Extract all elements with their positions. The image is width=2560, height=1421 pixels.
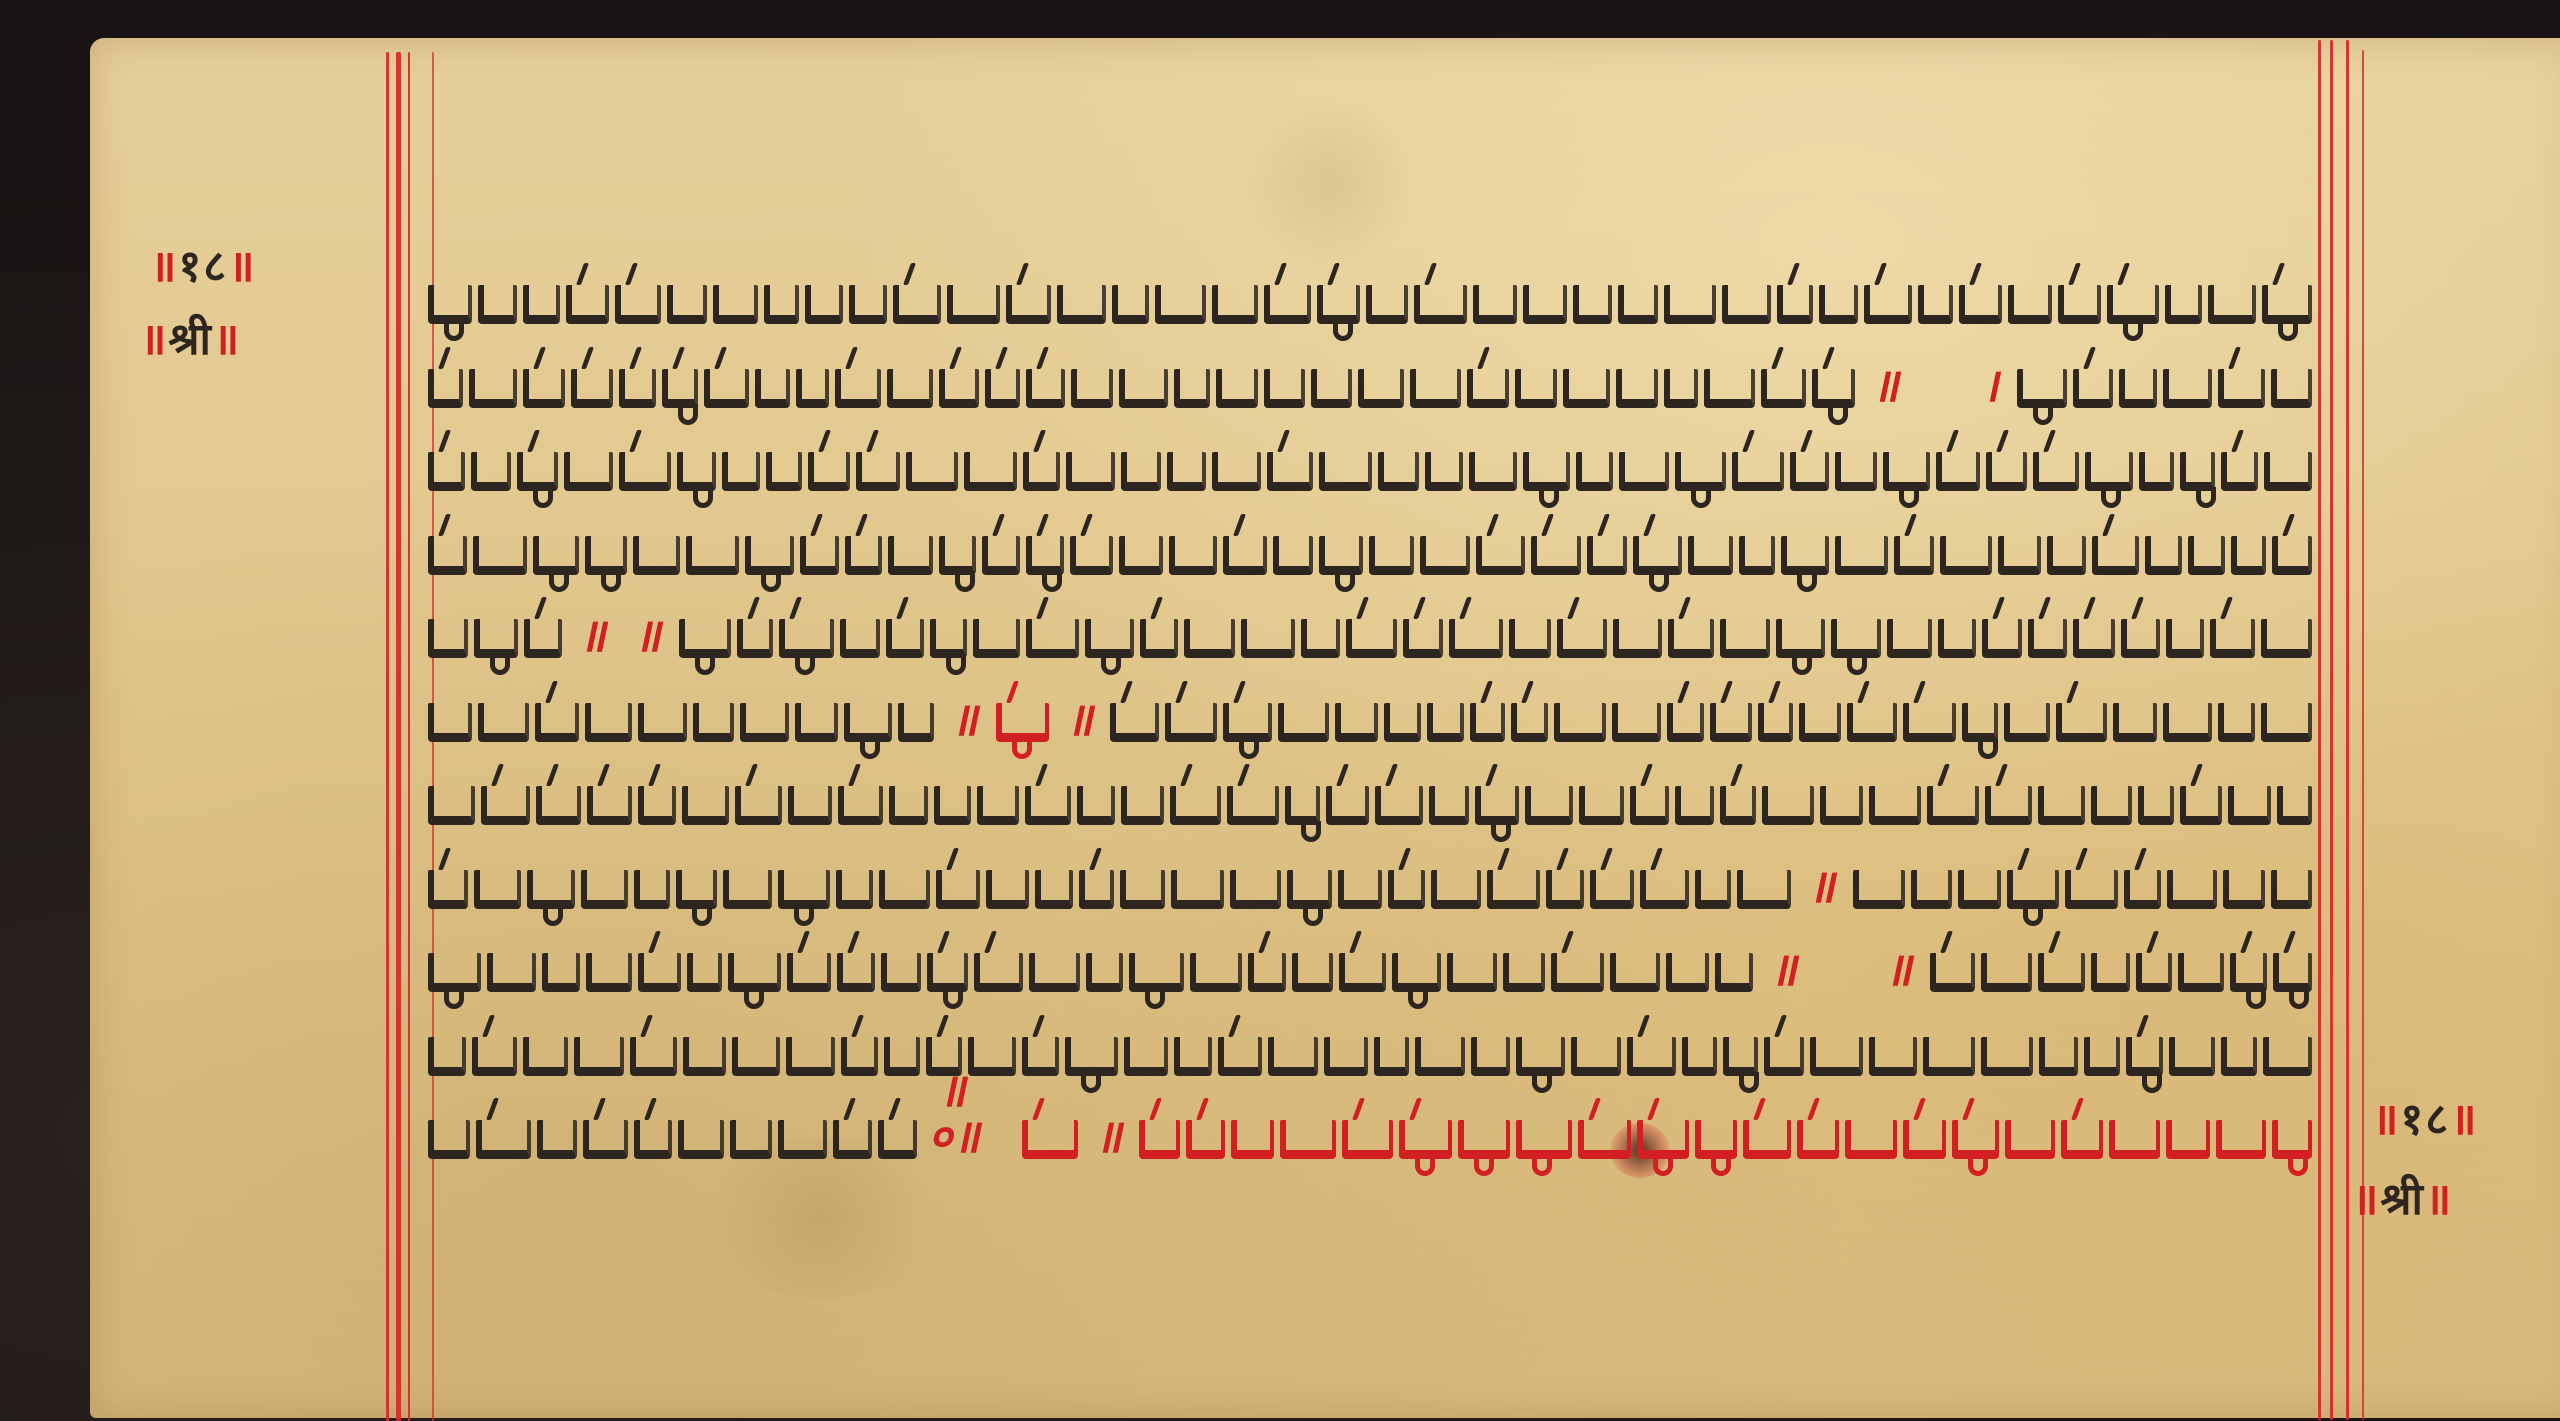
akshara-glyph bbox=[1927, 786, 1978, 825]
akshara-glyph bbox=[2136, 953, 2172, 992]
akshara-glyph bbox=[2033, 452, 2079, 491]
akshara-glyph bbox=[1077, 786, 1115, 825]
akshara-glyph bbox=[1894, 536, 1934, 575]
akshara-glyph bbox=[1212, 452, 1261, 491]
akshara-glyph bbox=[2008, 285, 2051, 324]
akshara-glyph bbox=[1737, 870, 1791, 909]
akshara-glyph bbox=[633, 536, 680, 575]
akshara-glyph bbox=[2223, 870, 2265, 909]
akshara-glyph bbox=[2261, 619, 2312, 658]
akshara-glyph bbox=[1139, 1120, 1180, 1159]
akshara-glyph bbox=[906, 452, 958, 491]
left-margin-rule bbox=[396, 52, 401, 1421]
akshara-glyph bbox=[1473, 285, 1517, 324]
akshara-glyph bbox=[1071, 369, 1112, 408]
akshara-glyph bbox=[1579, 786, 1624, 825]
akshara-glyph bbox=[1026, 369, 1065, 408]
akshara-glyph bbox=[838, 786, 883, 825]
akshara-glyph bbox=[667, 285, 706, 324]
akshara-glyph bbox=[844, 703, 892, 742]
akshara-glyph bbox=[1819, 285, 1858, 324]
akshara-glyph bbox=[1720, 786, 1756, 825]
akshara-glyph bbox=[428, 953, 481, 992]
akshara-glyph bbox=[1869, 786, 1922, 825]
akshara-glyph bbox=[1280, 1120, 1337, 1159]
akshara-glyph bbox=[1810, 1037, 1863, 1076]
akshara-glyph bbox=[939, 536, 976, 575]
akshara-glyph bbox=[1761, 369, 1806, 408]
text-line bbox=[428, 262, 2318, 324]
akshara-glyph bbox=[1938, 619, 1976, 658]
text-line: ॥। bbox=[428, 346, 2318, 408]
akshara-glyph bbox=[1790, 452, 1829, 491]
akshara-glyph bbox=[2121, 619, 2160, 658]
akshara-glyph bbox=[1981, 953, 2032, 992]
akshara-glyph bbox=[2277, 786, 2312, 825]
akshara-glyph bbox=[2230, 953, 2267, 992]
akshara-glyph bbox=[1471, 1037, 1510, 1076]
akshara-glyph bbox=[2169, 1037, 2215, 1076]
akshara-glyph bbox=[1023, 452, 1060, 491]
akshara-glyph bbox=[1155, 285, 1206, 324]
akshara-glyph bbox=[1667, 703, 1704, 742]
akshara-glyph bbox=[517, 452, 558, 491]
danda-mark: । bbox=[1980, 362, 2007, 408]
akshara-glyph bbox=[1959, 285, 2002, 324]
akshara-glyph bbox=[1630, 786, 1669, 825]
akshara-glyph bbox=[1820, 786, 1863, 825]
akshara-glyph bbox=[638, 953, 681, 992]
akshara-glyph bbox=[2271, 369, 2312, 408]
akshara-glyph bbox=[487, 953, 536, 992]
akshara-glyph bbox=[1420, 536, 1470, 575]
akshara-glyph bbox=[1066, 452, 1115, 491]
akshara-glyph bbox=[2163, 703, 2212, 742]
akshara-glyph bbox=[1358, 369, 1405, 408]
akshara-glyph bbox=[676, 870, 717, 909]
akshara-glyph bbox=[1022, 1120, 1078, 1159]
akshara-glyph bbox=[1119, 369, 1168, 408]
akshara-glyph bbox=[1165, 703, 1216, 742]
text-line bbox=[428, 429, 2318, 491]
akshara-glyph bbox=[1467, 369, 1508, 408]
danda-mark: ॥०॥ bbox=[927, 1067, 1018, 1159]
akshara-glyph bbox=[1666, 953, 1709, 992]
akshara-glyph bbox=[849, 285, 887, 324]
akshara-glyph bbox=[2263, 1037, 2312, 1076]
akshara-glyph bbox=[615, 285, 662, 324]
akshara-glyph bbox=[1470, 703, 1505, 742]
akshara-glyph bbox=[2092, 536, 2138, 575]
akshara-glyph bbox=[481, 786, 530, 825]
akshara-glyph bbox=[1546, 870, 1583, 909]
akshara-glyph bbox=[2178, 953, 2224, 992]
akshara-glyph bbox=[428, 285, 472, 324]
akshara-glyph bbox=[1218, 1037, 1262, 1076]
danda-mark: ॥ bbox=[1870, 362, 1907, 408]
akshara-glyph bbox=[1758, 703, 1793, 742]
akshara-glyph bbox=[1338, 870, 1382, 909]
akshara-glyph bbox=[1384, 703, 1421, 742]
akshara-glyph bbox=[973, 619, 1019, 658]
akshara-glyph bbox=[766, 452, 802, 491]
akshara-glyph bbox=[1985, 786, 2032, 825]
akshara-glyph bbox=[985, 369, 1020, 408]
akshara-glyph bbox=[1835, 452, 1877, 491]
akshara-glyph bbox=[638, 786, 675, 825]
danda-mark: ॥ bbox=[633, 612, 670, 658]
akshara-glyph bbox=[581, 870, 628, 909]
akshara-glyph bbox=[2085, 452, 2133, 491]
akshara-glyph bbox=[2107, 285, 2159, 324]
akshara-glyph bbox=[2165, 285, 2203, 324]
akshara-glyph bbox=[1085, 619, 1134, 658]
akshara-glyph bbox=[1339, 953, 1387, 992]
akshara-glyph bbox=[1958, 870, 2001, 909]
akshara-glyph bbox=[1410, 369, 1461, 408]
akshara-glyph bbox=[1704, 369, 1755, 408]
akshara-glyph bbox=[1169, 536, 1217, 575]
akshara-glyph bbox=[1847, 703, 1898, 742]
akshara-glyph bbox=[1392, 953, 1440, 992]
akshara-glyph bbox=[634, 1120, 672, 1159]
akshara-glyph bbox=[1287, 870, 1332, 909]
akshara-glyph bbox=[1511, 703, 1548, 742]
akshara-glyph bbox=[693, 703, 734, 742]
akshara-glyph bbox=[1695, 870, 1731, 909]
akshara-glyph bbox=[1516, 1037, 1565, 1076]
akshara-glyph bbox=[1911, 870, 1952, 909]
akshara-glyph bbox=[2216, 1120, 2266, 1159]
akshara-glyph bbox=[722, 452, 760, 491]
akshara-glyph bbox=[1171, 870, 1224, 909]
text-line: ॥ bbox=[428, 847, 2318, 909]
akshara-glyph bbox=[619, 369, 656, 408]
akshara-glyph bbox=[2163, 369, 2212, 408]
akshara-glyph bbox=[2145, 536, 2182, 575]
akshara-glyph bbox=[930, 619, 967, 658]
akshara-glyph bbox=[1223, 536, 1267, 575]
akshara-glyph bbox=[527, 870, 574, 909]
akshara-glyph bbox=[2166, 619, 2203, 658]
akshara-glyph bbox=[778, 1120, 828, 1159]
akshara-glyph bbox=[1903, 703, 1955, 742]
akshara-glyph bbox=[788, 786, 832, 825]
akshara-glyph bbox=[732, 1037, 780, 1076]
akshara-glyph bbox=[1523, 285, 1566, 324]
akshara-glyph bbox=[1576, 452, 1614, 491]
akshara-glyph bbox=[1129, 953, 1183, 992]
akshara-glyph bbox=[1378, 452, 1419, 491]
left-folio-title: ॥श्री॥ bbox=[140, 318, 241, 362]
akshara-glyph bbox=[1743, 1120, 1792, 1159]
akshara-glyph bbox=[1174, 369, 1210, 408]
akshara-glyph bbox=[1458, 1120, 1510, 1159]
akshara-glyph bbox=[566, 285, 609, 324]
akshara-glyph bbox=[1369, 536, 1414, 575]
left-margin-rule bbox=[408, 52, 410, 1421]
text-line bbox=[428, 1014, 2318, 1076]
akshara-glyph bbox=[428, 1120, 470, 1159]
akshara-glyph bbox=[1326, 786, 1369, 825]
akshara-glyph bbox=[2273, 953, 2312, 992]
akshara-glyph bbox=[2113, 703, 2157, 742]
akshara-glyph bbox=[1633, 536, 1682, 575]
akshara-glyph bbox=[1170, 786, 1221, 825]
akshara-glyph bbox=[523, 285, 560, 324]
akshara-glyph bbox=[428, 786, 475, 825]
akshara-glyph bbox=[535, 703, 579, 742]
akshara-glyph bbox=[1998, 536, 2041, 575]
akshara-glyph bbox=[1982, 619, 2022, 658]
text-line bbox=[428, 763, 2318, 825]
akshara-glyph bbox=[1273, 536, 1314, 575]
akshara-glyph bbox=[1022, 1037, 1060, 1076]
akshara-glyph bbox=[2091, 953, 2130, 992]
akshara-glyph bbox=[1903, 1120, 1946, 1159]
akshara-glyph bbox=[1278, 703, 1329, 742]
akshara-glyph bbox=[1086, 953, 1123, 992]
akshara-glyph bbox=[833, 1120, 872, 1159]
akshara-glyph bbox=[1799, 703, 1840, 742]
akshara-glyph bbox=[2264, 452, 2312, 491]
akshara-glyph bbox=[1366, 285, 1409, 324]
akshara-glyph bbox=[1121, 786, 1164, 825]
akshara-glyph bbox=[1571, 1037, 1621, 1076]
akshara-glyph bbox=[2073, 369, 2114, 408]
akshara-glyph bbox=[2221, 452, 2258, 491]
akshara-glyph bbox=[638, 703, 687, 742]
akshara-glyph bbox=[2047, 536, 2086, 575]
left-margin-rule bbox=[386, 52, 389, 1421]
akshara-glyph bbox=[2139, 452, 2174, 491]
akshara-glyph bbox=[1864, 285, 1912, 324]
akshara-glyph bbox=[1612, 703, 1661, 742]
akshara-glyph bbox=[537, 1120, 577, 1159]
akshara-glyph bbox=[982, 536, 1020, 575]
akshara-glyph bbox=[2056, 703, 2107, 742]
akshara-glyph bbox=[1627, 1037, 1675, 1076]
akshara-glyph bbox=[2119, 369, 2156, 408]
akshara-glyph bbox=[898, 703, 935, 742]
akshara-glyph bbox=[687, 953, 723, 992]
akshara-glyph bbox=[723, 870, 772, 909]
akshara-glyph bbox=[800, 536, 840, 575]
akshara-glyph bbox=[1675, 452, 1726, 491]
akshara-glyph bbox=[1554, 703, 1605, 742]
akshara-glyph bbox=[662, 369, 698, 408]
akshara-glyph bbox=[1618, 285, 1658, 324]
akshara-glyph bbox=[934, 786, 970, 825]
akshara-glyph bbox=[1936, 452, 1980, 491]
akshara-glyph bbox=[879, 870, 930, 909]
right-folio-title: ॥श्री॥ bbox=[2352, 1178, 2453, 1222]
akshara-glyph bbox=[1812, 369, 1855, 408]
akshara-glyph bbox=[837, 953, 874, 992]
akshara-glyph bbox=[1112, 285, 1149, 324]
danda-mark: ॥ bbox=[1768, 946, 1805, 992]
akshara-glyph bbox=[1732, 452, 1784, 491]
akshara-glyph bbox=[2073, 619, 2115, 658]
akshara-glyph bbox=[2028, 619, 2067, 658]
akshara-glyph bbox=[2038, 953, 2085, 992]
akshara-glyph bbox=[564, 452, 613, 491]
akshara-glyph bbox=[678, 1120, 725, 1159]
akshara-glyph bbox=[1248, 953, 1286, 992]
akshara-glyph bbox=[524, 619, 562, 658]
akshara-glyph bbox=[1525, 786, 1574, 825]
akshara-glyph bbox=[2210, 619, 2255, 658]
danda-mark: ॥ bbox=[1806, 863, 1843, 909]
akshara-glyph bbox=[1573, 285, 1612, 324]
akshara-glyph bbox=[779, 619, 834, 658]
akshara-glyph bbox=[713, 285, 758, 324]
akshara-glyph bbox=[1722, 285, 1770, 324]
akshara-glyph bbox=[2218, 369, 2266, 408]
akshara-glyph bbox=[2167, 870, 2217, 909]
akshara-glyph bbox=[428, 369, 463, 408]
akshara-glyph bbox=[795, 703, 837, 742]
text-line bbox=[428, 513, 2318, 575]
akshara-glyph bbox=[630, 1037, 677, 1076]
akshara-glyph bbox=[1682, 1037, 1717, 1076]
akshara-glyph bbox=[2004, 703, 2050, 742]
akshara-glyph bbox=[1688, 536, 1733, 575]
akshara-glyph bbox=[679, 619, 731, 658]
right-margin-rule bbox=[2318, 40, 2321, 1420]
akshara-glyph bbox=[1475, 786, 1519, 825]
akshara-glyph bbox=[585, 536, 626, 575]
akshara-glyph bbox=[1388, 870, 1425, 909]
akshara-glyph bbox=[1375, 786, 1424, 825]
akshara-glyph bbox=[856, 452, 900, 491]
akshara-glyph bbox=[836, 870, 873, 909]
akshara-glyph bbox=[574, 1037, 624, 1076]
akshara-glyph bbox=[1762, 786, 1814, 825]
akshara-glyph bbox=[1930, 953, 1975, 992]
akshara-glyph bbox=[2091, 786, 2132, 825]
akshara-glyph bbox=[1223, 703, 1273, 742]
akshara-glyph bbox=[1319, 536, 1363, 575]
akshara-glyph bbox=[2058, 285, 2101, 324]
akshara-glyph bbox=[986, 870, 1029, 909]
akshara-glyph bbox=[1578, 1120, 1631, 1159]
akshara-glyph bbox=[1216, 369, 1258, 408]
akshara-glyph bbox=[1664, 285, 1717, 324]
akshara-glyph bbox=[619, 452, 671, 491]
right-margin-rule bbox=[2346, 40, 2349, 1420]
akshara-glyph bbox=[996, 703, 1049, 742]
akshara-glyph bbox=[1403, 619, 1443, 658]
akshara-glyph bbox=[889, 786, 929, 825]
akshara-glyph bbox=[1124, 1037, 1168, 1076]
akshara-glyph bbox=[1616, 369, 1657, 408]
akshara-glyph bbox=[2228, 786, 2272, 825]
akshara-glyph bbox=[523, 1037, 569, 1076]
akshara-glyph bbox=[841, 1037, 878, 1076]
akshara-glyph bbox=[764, 285, 800, 324]
akshara-glyph bbox=[1952, 1120, 1999, 1159]
akshara-glyph bbox=[587, 786, 632, 825]
akshara-glyph bbox=[2065, 870, 2118, 909]
akshara-glyph bbox=[1119, 536, 1163, 575]
akshara-glyph bbox=[471, 452, 511, 491]
akshara-glyph bbox=[936, 870, 980, 909]
akshara-glyph bbox=[2221, 1037, 2257, 1076]
akshara-glyph bbox=[887, 369, 933, 408]
akshara-glyph bbox=[1121, 452, 1161, 491]
akshara-glyph bbox=[2180, 452, 2215, 491]
akshara-glyph bbox=[2166, 1120, 2210, 1159]
akshara-glyph bbox=[1231, 1120, 1273, 1159]
akshara-glyph bbox=[1590, 870, 1635, 909]
akshara-glyph bbox=[1720, 619, 1770, 658]
akshara-glyph bbox=[428, 703, 472, 742]
akshara-glyph bbox=[1587, 536, 1628, 575]
akshara-glyph bbox=[1070, 536, 1113, 575]
akshara-glyph bbox=[1503, 953, 1546, 992]
akshara-glyph bbox=[1637, 1120, 1689, 1159]
akshara-glyph bbox=[786, 1037, 835, 1076]
akshara-glyph bbox=[974, 953, 1022, 992]
akshara-glyph bbox=[476, 1120, 531, 1159]
akshara-glyph bbox=[1516, 1120, 1572, 1159]
akshara-glyph bbox=[1940, 536, 1992, 575]
akshara-glyph bbox=[888, 536, 934, 575]
akshara-glyph bbox=[533, 536, 579, 575]
akshara-glyph bbox=[1776, 619, 1825, 658]
akshara-glyph bbox=[1531, 536, 1581, 575]
akshara-glyph bbox=[2061, 1120, 2103, 1159]
akshara-glyph bbox=[1186, 1120, 1226, 1159]
danda-mark: ॥ bbox=[577, 612, 614, 658]
akshara-glyph bbox=[1887, 619, 1931, 658]
akshara-glyph bbox=[1557, 619, 1607, 658]
akshara-glyph bbox=[585, 703, 631, 742]
akshara-glyph bbox=[1675, 786, 1715, 825]
akshara-glyph bbox=[478, 285, 517, 324]
akshara-glyph bbox=[1184, 619, 1234, 658]
paper-stain bbox=[1240, 98, 1420, 268]
akshara-glyph bbox=[2005, 1120, 2055, 1159]
akshara-glyph bbox=[2188, 536, 2225, 575]
akshara-glyph bbox=[1739, 536, 1774, 575]
akshara-glyph bbox=[1006, 285, 1051, 324]
akshara-glyph bbox=[735, 786, 782, 825]
danda-mark: ॥ bbox=[1064, 696, 1101, 742]
akshara-glyph bbox=[2007, 870, 2059, 909]
akshara-glyph bbox=[1026, 536, 1063, 575]
akshara-glyph bbox=[571, 369, 613, 408]
akshara-glyph bbox=[1342, 1120, 1392, 1159]
akshara-glyph bbox=[2272, 1120, 2312, 1159]
akshara-glyph bbox=[1427, 703, 1464, 742]
akshara-glyph bbox=[1476, 536, 1525, 575]
akshara-glyph bbox=[808, 452, 850, 491]
akshara-glyph bbox=[2124, 870, 2161, 909]
akshara-glyph bbox=[583, 1120, 628, 1159]
akshara-glyph bbox=[2017, 369, 2067, 408]
right-margin-rule bbox=[2330, 40, 2333, 1420]
akshara-glyph bbox=[1319, 452, 1372, 491]
akshara-glyph bbox=[755, 369, 790, 408]
akshara-glyph bbox=[927, 953, 969, 992]
akshara-glyph bbox=[2126, 1037, 2163, 1076]
akshara-glyph bbox=[2138, 786, 2174, 825]
akshara-glyph bbox=[428, 1037, 466, 1076]
akshara-glyph bbox=[536, 786, 581, 825]
akshara-glyph bbox=[1346, 619, 1397, 658]
